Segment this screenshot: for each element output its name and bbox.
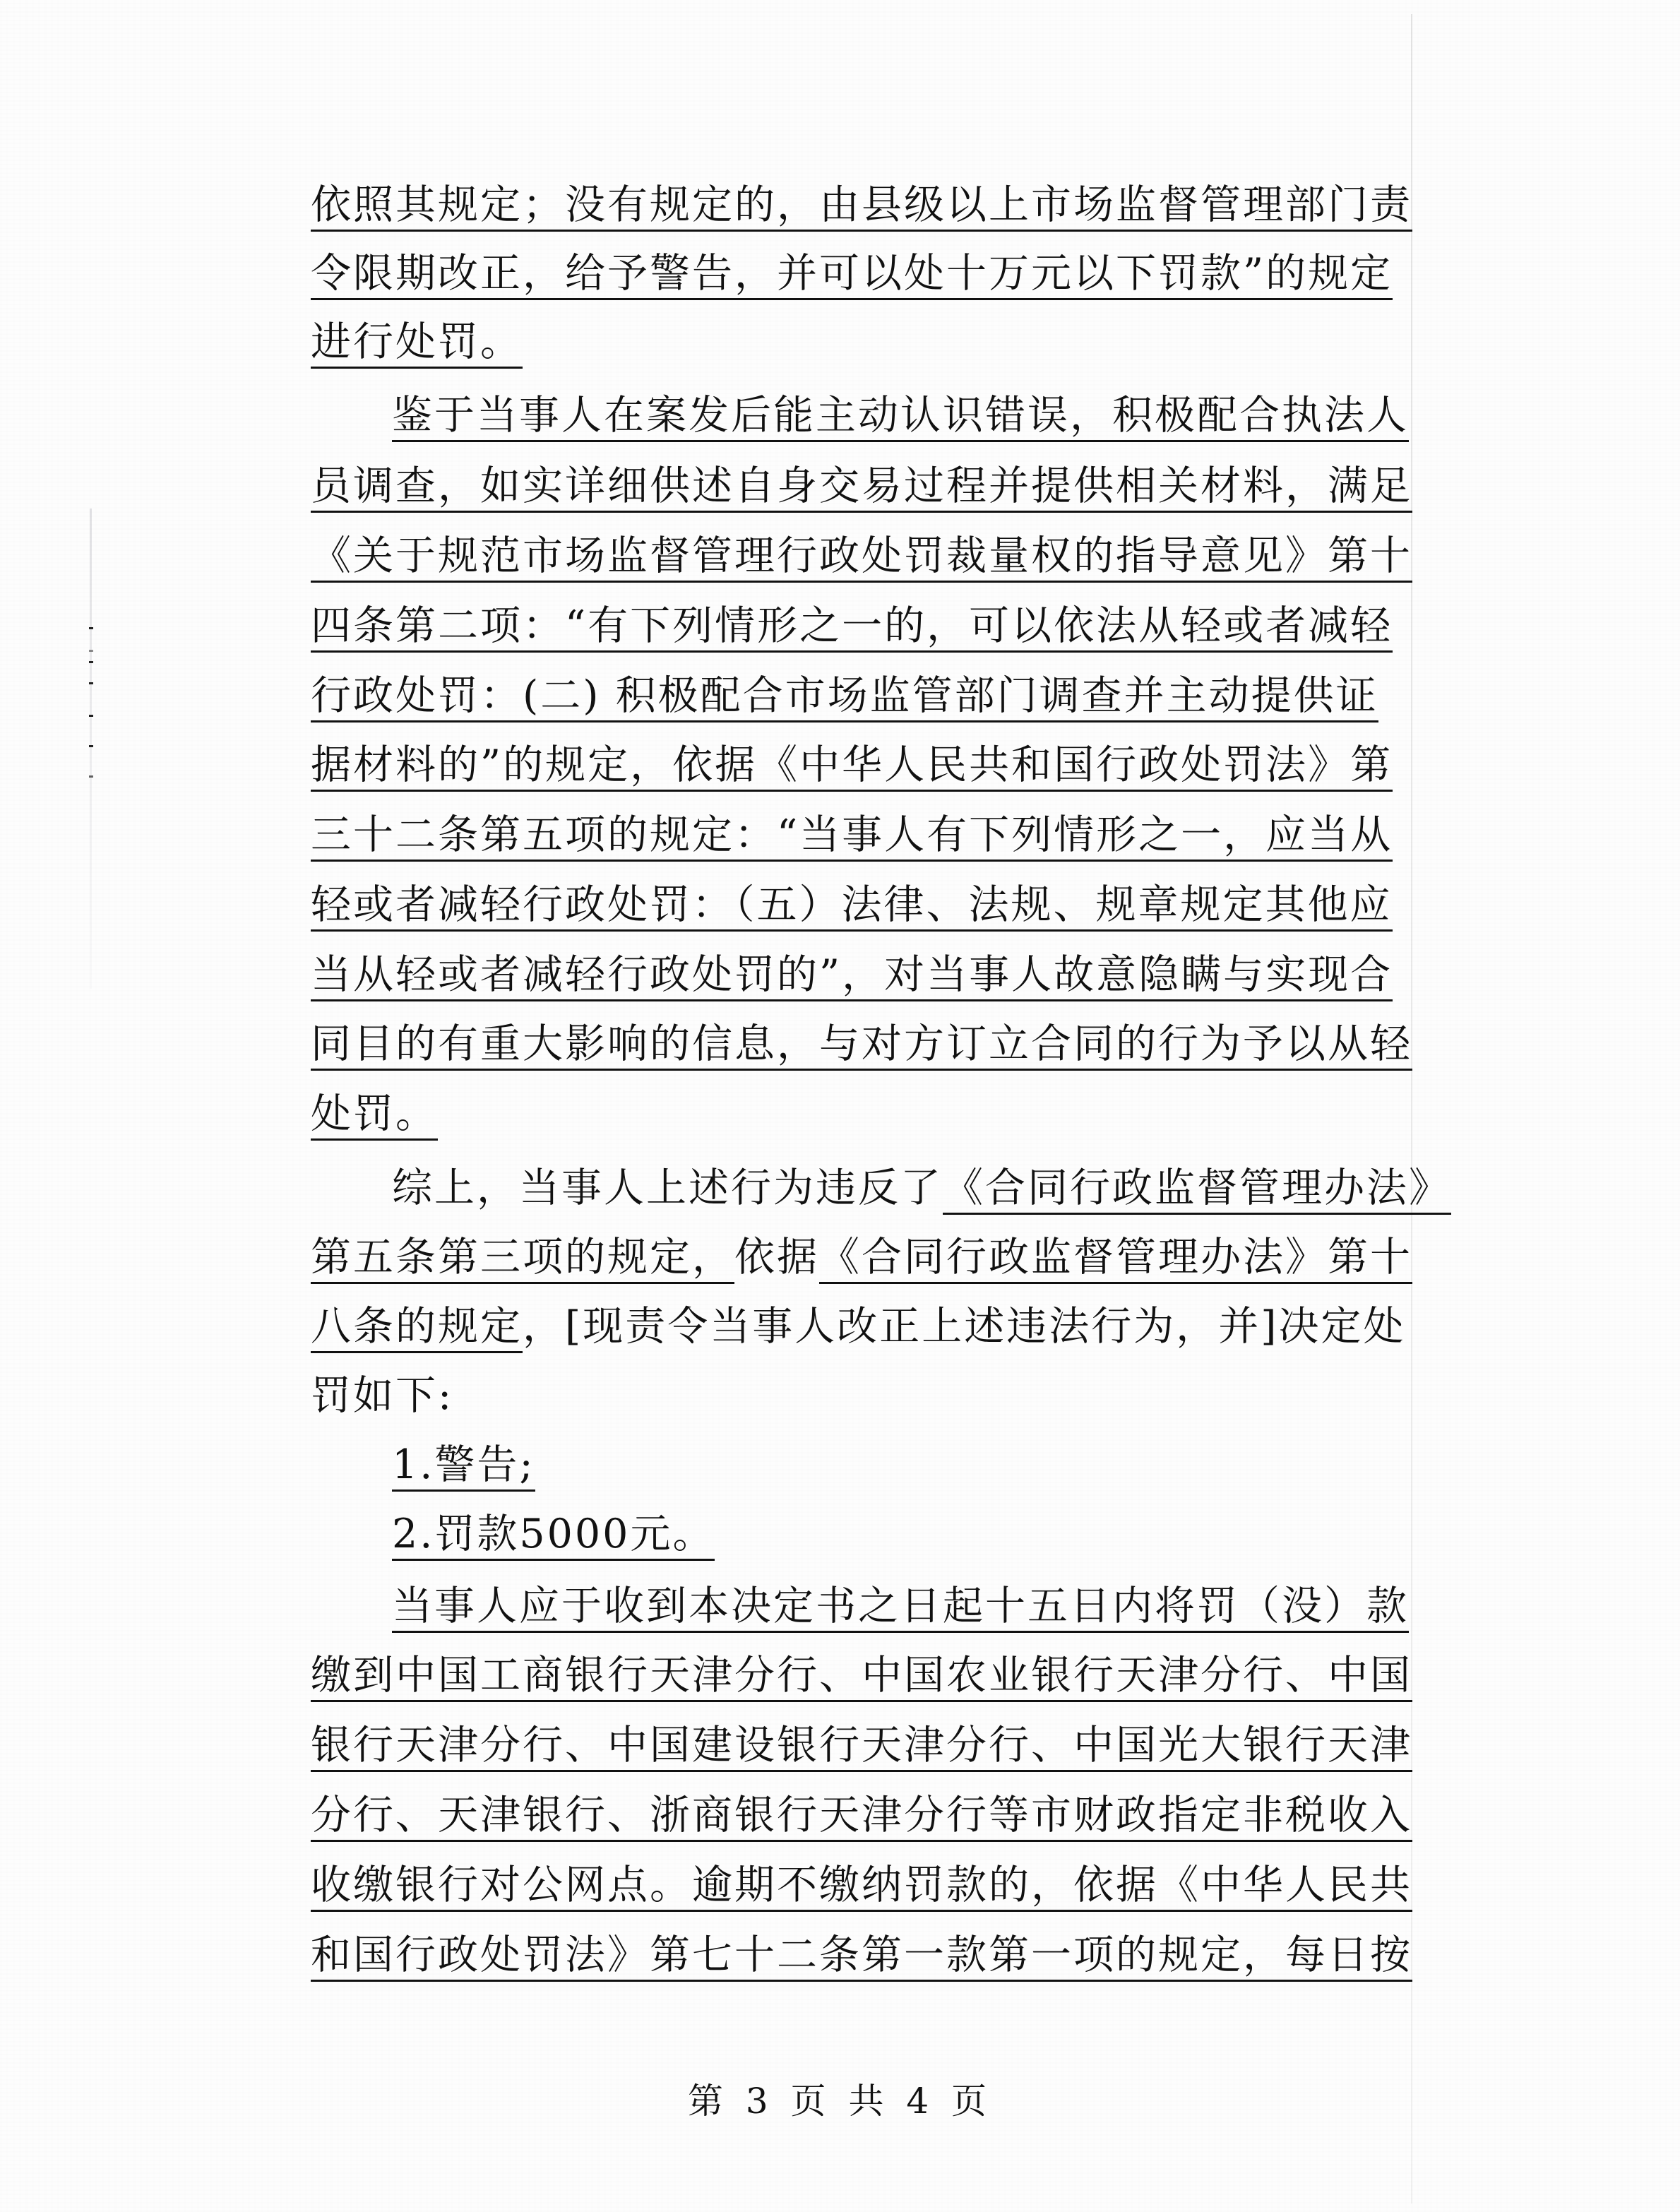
text-line: 轻或者减轻行政处罚：（五）法律、法规、规章规定其他应 [311,876,1393,933]
underlined-text: 据材料的”的规定，依据《中华人民共和国行政处罚法》第 [311,742,1393,792]
binding-marks [89,509,95,1003]
plain-text: 依据 [734,1234,819,1280]
text-line: 行政处罚：(二) 积极配合市场监管部门调查并主动提供证 [311,667,1378,724]
text-line: 处罚。 [311,1086,438,1142]
underlined-text: 进行处罚。 [311,319,523,369]
text-line: 令限期改正，给予警告，并可以处十万元以下罚款”的规定 [311,245,1393,302]
text-line: 缴到中国工商银行天津分行、中国农业银行天津分行、中国 [311,1647,1412,1703]
underlined-text: 分行、天津银行、浙商银行天津分行等市财政指定非税收入 [311,1792,1412,1842]
underlined-text: 同目的有重大影响的信息，与对方订立合同的行为予以从轻 [311,1021,1412,1071]
text-line: 当事人应于收到本决定书之日起十五日内将罚（没）款 [392,1578,1409,1634]
text-line: 进行处罚。 [311,314,523,370]
underlined-text: 八条的规定 [311,1303,523,1353]
underlined-text: 四条第二项：“有下列情形之一的，可以依法从轻或者减轻 [311,602,1393,653]
text-line: 当从轻或者减轻行政处罚的”，对当事人故意隐瞒与实现合 [311,946,1393,1003]
text-line: 依照其规定；没有规定的，由县级以上市场监督管理部门责 [311,177,1412,233]
plain-text: 罚如下: [311,1372,453,1419]
underlined-text: 《合同行政监督管理办法》第十 [819,1234,1412,1284]
text-line: 《关于规范市场监督管理行政处罚裁量权的指导意见》第十 [311,528,1412,584]
underlined-text: 和国行政处罚法》第七十二条第一款第一项的规定，每日按 [311,1932,1412,1982]
underlined-text: 当从轻或者减轻行政处罚的”，对当事人故意隐瞒与实现合 [311,951,1393,1001]
text-line: 三十二条第五项的规定：“当事人有下列情形之一，应当从 [311,807,1393,863]
underlined-text: 三十二条第五项的规定：“当事人有下列情形之一，应当从 [311,811,1393,862]
underlined-text: 《关于规范市场监督管理行政处罚裁量权的指导意见》第十 [311,533,1412,583]
text-line: 四条第二项：“有下列情形之一的，可以依法从轻或者减轻 [311,597,1393,654]
text-line: 同目的有重大影响的信息，与对方订立合同的行为予以从轻 [311,1016,1412,1072]
underlined-text: 《合同行政监督管理办法》 [943,1165,1451,1215]
plain-text: ，[现责令当事人改正上述违法行为，并]决定处 [523,1303,1405,1350]
underlined-text: 令限期改正，给予警告，并可以处十万元以下罚款”的规定 [311,250,1393,300]
text-line: 1.警告; [392,1437,535,1493]
underlined-text: 鉴于当事人在案发后能主动认识错误，积极配合执法人 [392,392,1409,442]
page-number-footer: 第 3 页 共 4 页 [0,2073,1680,2124]
underlined-text: 依照其规定；没有规定的，由县级以上市场监督管理部门责 [311,182,1412,232]
text-line: 2.罚款5000元。 [392,1506,715,1562]
underlined-text: 1.警告; [392,1441,535,1492]
text-line: 综上，当事人上述行为违反了《合同行政监督管理办法》 [392,1160,1451,1216]
underlined-text: 2.罚款5000元。 [392,1511,715,1561]
text-line: 收缴银行对公网点。逾期不缴纳罚款的，依据《中华人民共 [311,1857,1412,1913]
underlined-text: 处罚。 [311,1090,438,1141]
underlined-text: 员调查，如实详细供述自身交易过程并提供相关材料，满足 [311,463,1412,513]
text-line: 分行、天津银行、浙商银行天津分行等市财政指定非税收入 [311,1787,1412,1843]
text-line: 据材料的”的规定，依据《中华人民共和国行政处罚法》第 [311,737,1393,793]
underlined-text: 收缴银行对公网点。逾期不缴纳罚款的，依据《中华人民共 [311,1862,1412,1912]
text-line: 第五条第三项的规定，依据《合同行政监督管理办法》第十 [311,1229,1412,1285]
underlined-text: 第五条第三项的规定， [311,1234,734,1284]
underlined-text: 行政处罚：(二) 积极配合市场监管部门调查并主动提供证 [311,672,1378,723]
text-line: 罚如下: [311,1367,453,1424]
text-line: 员调查，如实详细供述自身交易过程并提供相关材料，满足 [311,458,1412,514]
text-line: 和国行政处罚法》第七十二条第一款第一项的规定，每日按 [311,1927,1412,1983]
text-line: 银行天津分行、中国建设银行天津分行、中国光大银行天津 [311,1717,1412,1773]
underlined-text: 轻或者减轻行政处罚：（五）法律、法规、规章规定其他应 [311,881,1393,932]
underlined-text: 银行天津分行、中国建设银行天津分行、中国光大银行天津 [311,1722,1412,1772]
underlined-text: 缴到中国工商银行天津分行、中国农业银行天津分行、中国 [311,1652,1412,1702]
plain-text: 综上，当事人上述行为违反了 [392,1165,943,1211]
text-line: 鉴于当事人在案发后能主动认识错误，积极配合执法人 [392,387,1409,444]
text-line: 八条的规定，[现责令当事人改正上述违法行为，并]决定处 [311,1298,1405,1355]
underlined-text: 当事人应于收到本决定书之日起十五日内将罚（没）款 [392,1583,1409,1633]
